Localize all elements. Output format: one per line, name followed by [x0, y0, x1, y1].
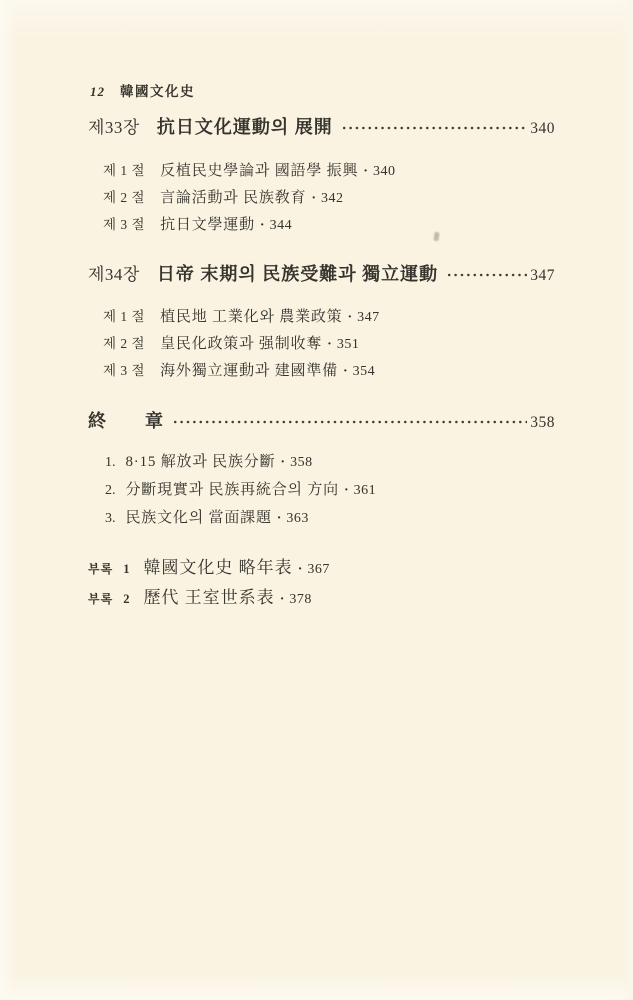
print-artifact — [433, 232, 439, 242]
dot-separator: · — [280, 592, 285, 608]
dot-separator: · — [260, 218, 265, 234]
section-page-number: 351 — [337, 337, 360, 353]
section-title: 植民地 工業化와 農業政策 — [160, 305, 342, 326]
dot-leader — [446, 271, 527, 279]
dot-separator: · — [277, 511, 282, 527]
section-row: 제 2 절 皇民化政策과 强制收奪 · 351 — [103, 332, 359, 353]
dot-separator: · — [298, 562, 303, 578]
dot-separator: · — [343, 364, 348, 380]
appendix-label: 부록 — [88, 590, 113, 607]
appendix-row: 부록 2 歷代 王室世系表 · 378 — [88, 583, 312, 608]
appendix-page-number: 367 — [307, 562, 330, 578]
numbered-item-row: 3. 民族文化의 當面課題 · 363 — [105, 506, 309, 527]
numbered-item-row: 1. 8·15 解放과 民族分斷 · 358 — [105, 450, 313, 471]
section-label: 제 1 절 — [103, 305, 145, 325]
section-row: 제 1 절 反植民史學論과 國語學 振興 · 340 — [103, 159, 395, 180]
section-label: 제 3 절 — [103, 359, 145, 379]
chapter-label: 제33장 — [88, 113, 140, 138]
section-label: 제 3 절 — [103, 213, 145, 233]
section-title: 抗日文學運動 — [160, 213, 255, 234]
appendix-number: 2 — [123, 592, 129, 607]
appendix-title: 韓國文化史 略年表 — [143, 553, 292, 578]
section-label: 제 1 절 — [103, 159, 145, 179]
item-page-number: 358 — [290, 455, 313, 471]
item-page-number: 363 — [286, 511, 309, 527]
dot-separator: · — [348, 310, 353, 326]
chapter-page-number: 347 — [530, 267, 555, 285]
appendix-number: 1 — [123, 562, 129, 577]
chapter-row: 제34장 日帝 末期의 民族受難과 獨立運動 347 — [88, 260, 555, 286]
section-label: 제 2 절 — [103, 186, 145, 206]
dot-leader — [341, 124, 528, 132]
book-page: 12 韓國文化史 제33장 抗日文化運動의 展開 340 제 1 절 反植民史學… — [0, 0, 633, 1000]
chapter-title: 日帝 末期의 民族受難과 獨立運動 — [157, 260, 438, 286]
section-title: 皇民化政策과 强制收奪 — [160, 332, 322, 353]
section-label: 제 2 절 — [103, 332, 145, 352]
chapter-page-number: 340 — [530, 120, 555, 138]
appendix-page-number: 378 — [289, 592, 312, 608]
closing-chapter-row: 終 章 358 — [88, 407, 555, 433]
section-page-number: 344 — [270, 218, 293, 234]
item-number: 3. — [105, 511, 116, 527]
item-title: 分斷現實과 民族再統合의 方向 — [126, 478, 339, 499]
appendix-row: 부록 1 韓國文化史 略年表 · 367 — [88, 553, 330, 578]
section-page-number: 340 — [373, 164, 396, 180]
appendix-label: 부록 — [88, 560, 113, 577]
dot-separator: · — [363, 164, 368, 180]
chapter-page-number: 358 — [530, 414, 555, 432]
section-title: 言論活動과 民族敎育 — [160, 186, 306, 207]
dot-separator: · — [311, 191, 316, 207]
chapter-label: 제34장 — [88, 260, 140, 285]
chapter-row: 제33장 抗日文化運動의 展開 340 — [88, 113, 555, 139]
section-row: 제 3 절 抗日文學運動 · 344 — [103, 213, 292, 234]
section-page-number: 354 — [353, 364, 376, 380]
section-title: 海外獨立運動과 建國準備 — [160, 359, 338, 380]
section-page-number: 342 — [321, 191, 344, 207]
item-number: 2. — [105, 483, 116, 499]
dot-separator: · — [344, 483, 349, 499]
running-head-book-title: 韓國文化史 — [120, 80, 195, 100]
folio-page-number: 12 — [90, 84, 105, 100]
section-row: 제 1 절 植民地 工業化와 農業政策 · 347 — [103, 305, 380, 326]
section-row: 제 3 절 海外獨立運動과 建國準備 · 354 — [103, 359, 375, 380]
numbered-item-row: 2. 分斷現實과 民族再統合의 方向 · 361 — [105, 478, 376, 499]
dot-separator: · — [327, 337, 332, 353]
item-page-number: 361 — [354, 483, 377, 499]
chapter-title: 抗日文化運動의 展開 — [157, 113, 333, 139]
dot-leader — [172, 418, 527, 426]
section-title: 反植民史學論과 國語學 振興 — [160, 159, 358, 180]
section-row: 제 2 절 言論活動과 民族敎育 · 342 — [103, 186, 344, 207]
appendix-title: 歷代 王室世系表 — [143, 583, 274, 608]
section-page-number: 347 — [357, 310, 380, 326]
item-title: 8·15 解放과 民族分斷 — [126, 450, 276, 471]
dot-separator: · — [280, 455, 285, 471]
item-number: 1. — [105, 455, 116, 471]
closing-chapter-label: 終 章 — [88, 407, 164, 433]
item-title: 民族文化의 當面課題 — [126, 506, 272, 527]
running-header: 12 韓國文化史 — [90, 80, 195, 100]
